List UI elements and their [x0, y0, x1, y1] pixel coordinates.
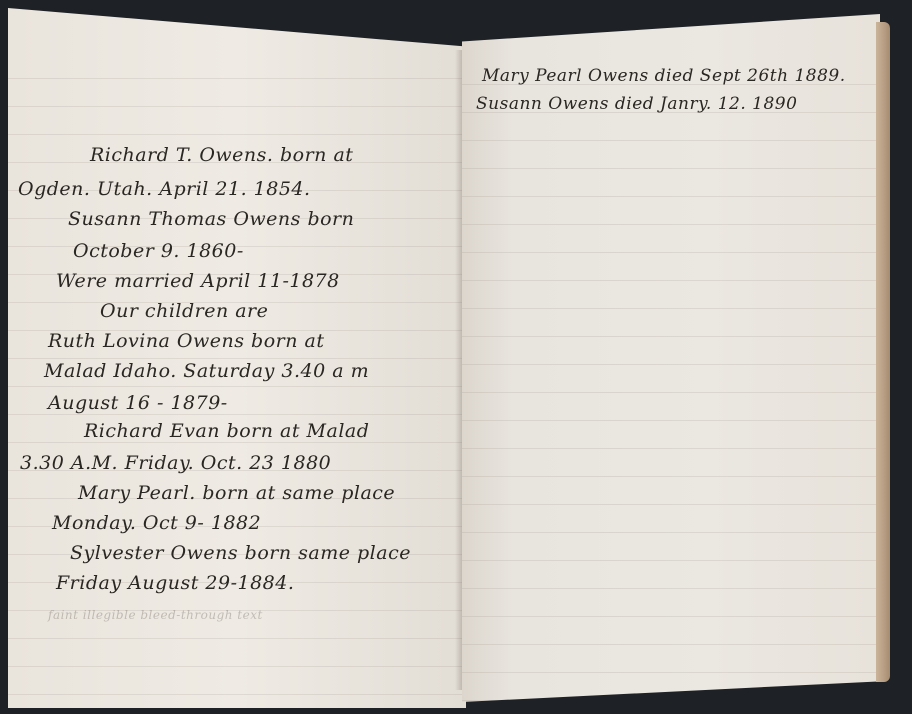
- record-line: Richard Evan born at Malad: [84, 420, 369, 442]
- ruled-line: [462, 616, 880, 617]
- record-line: Sylvester Owens born same place: [70, 542, 411, 564]
- ruled-line: [8, 78, 466, 79]
- bleed-through-text: faint illegible bleed-through text: [48, 608, 263, 622]
- record-line: Were married April 11-1878: [56, 270, 340, 292]
- ruled-line: [462, 532, 880, 533]
- ruled-line: [462, 672, 880, 673]
- record-line: Malad Idaho. Saturday 3.40 a m: [44, 360, 369, 382]
- ruled-line: [462, 364, 880, 365]
- ruled-line: [462, 588, 880, 589]
- ruled-line: [462, 308, 880, 309]
- ruled-line: [462, 280, 880, 281]
- record-line: October 9. 1860-: [73, 240, 244, 262]
- record-line: August 16 - 1879-: [48, 392, 228, 414]
- ruled-line: [462, 140, 880, 141]
- ruled-line: [462, 336, 880, 337]
- ruled-line: [462, 476, 880, 477]
- right-page: Mary Pearl Owens died Sept 26th 1889. Su…: [462, 14, 880, 702]
- ruled-line: [8, 106, 466, 107]
- ruled-line: [462, 448, 880, 449]
- ruled-line: [8, 694, 466, 695]
- record-line: Susann Thomas Owens born: [68, 208, 354, 230]
- record-line: Mary Pearl Owens died Sept 26th 1889.: [482, 66, 846, 86]
- ruled-line: [462, 392, 880, 393]
- ruled-line: [8, 638, 466, 639]
- ruled-line: [8, 414, 466, 415]
- ruled-line: [462, 700, 880, 701]
- record-line: Friday August 29-1884.: [56, 572, 294, 594]
- record-line: Richard T. Owens. born at: [90, 144, 353, 166]
- page-edge: [876, 22, 890, 682]
- ruled-line: [8, 358, 466, 359]
- ruled-line: [462, 420, 880, 421]
- ruled-line: [462, 504, 880, 505]
- ruled-line: [462, 252, 880, 253]
- ruled-line: [8, 442, 466, 443]
- record-line: Ogden. Utah. April 21. 1854.: [18, 178, 311, 200]
- ruled-line: [462, 644, 880, 645]
- ruled-line: [462, 196, 880, 197]
- record-line: Our children are: [100, 300, 268, 322]
- record-line: 3.30 A.M. Friday. Oct. 23 1880: [20, 452, 331, 474]
- ruled-line: [462, 168, 880, 169]
- ruled-line: [8, 134, 466, 135]
- ruled-line: [8, 666, 466, 667]
- ruled-line: [462, 224, 880, 225]
- record-line: Susann Owens died Janry. 12. 1890: [476, 94, 797, 114]
- record-line: Mary Pearl. born at same place: [78, 482, 395, 504]
- ruled-line: [8, 386, 466, 387]
- ruled-line: [462, 560, 880, 561]
- record-line: Ruth Lovina Owens born at: [48, 330, 324, 352]
- record-line: Monday. Oct 9- 1882: [52, 512, 261, 534]
- open-notebook: Richard T. Owens. born at Ogden. Utah. A…: [0, 0, 912, 714]
- left-page: Richard T. Owens. born at Ogden. Utah. A…: [8, 8, 466, 708]
